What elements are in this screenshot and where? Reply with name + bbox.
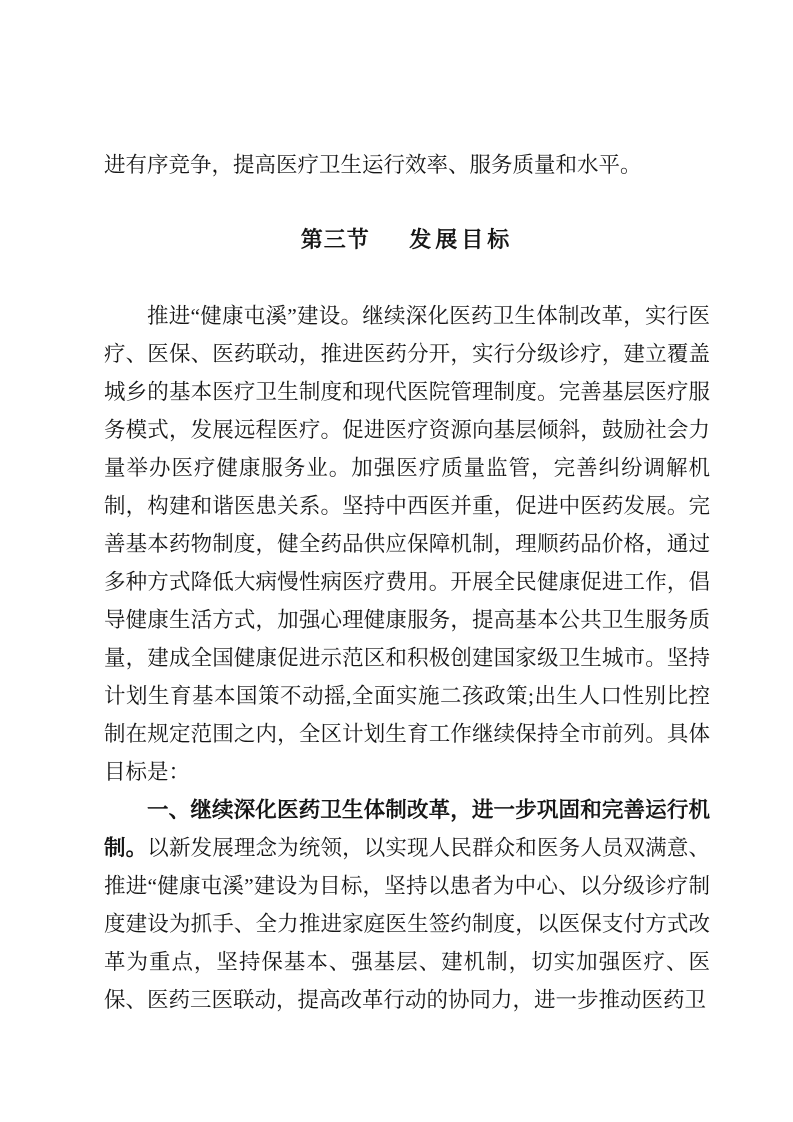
section-title: 发展目标 — [409, 227, 513, 252]
document-content: 进有序竞争，提高医疗卫生运行效率、服务质量和水平。 第三节发展目标 推进“健康屯… — [104, 0, 710, 1019]
paragraph-goal-one: 一、继续深化医药卫生体制改革，进一步巩固和完善运行机制。以新发展理念为统领，以实… — [104, 791, 710, 1019]
section-number: 第三节 — [301, 227, 370, 252]
paragraph-goal-one-body: 以新发展理念为统领，以实现人民群众和医务人员双满意、推进“健康屯溪”建设为目标，… — [104, 836, 710, 1012]
paragraph-continuation: 进有序竞争，提高医疗卫生运行效率、服务质量和水平。 — [104, 146, 710, 184]
paragraph-overview: 推进“健康屯溪”建设。继续深化医药卫生体制改革，实行医疗、医保、医药联动，推进医… — [104, 297, 710, 791]
section-heading: 第三节发展目标 — [104, 221, 710, 259]
document-page: 进有序竞争，提高医疗卫生运行效率、服务质量和水平。 第三节发展目标 推进“健康屯… — [0, 0, 793, 1122]
